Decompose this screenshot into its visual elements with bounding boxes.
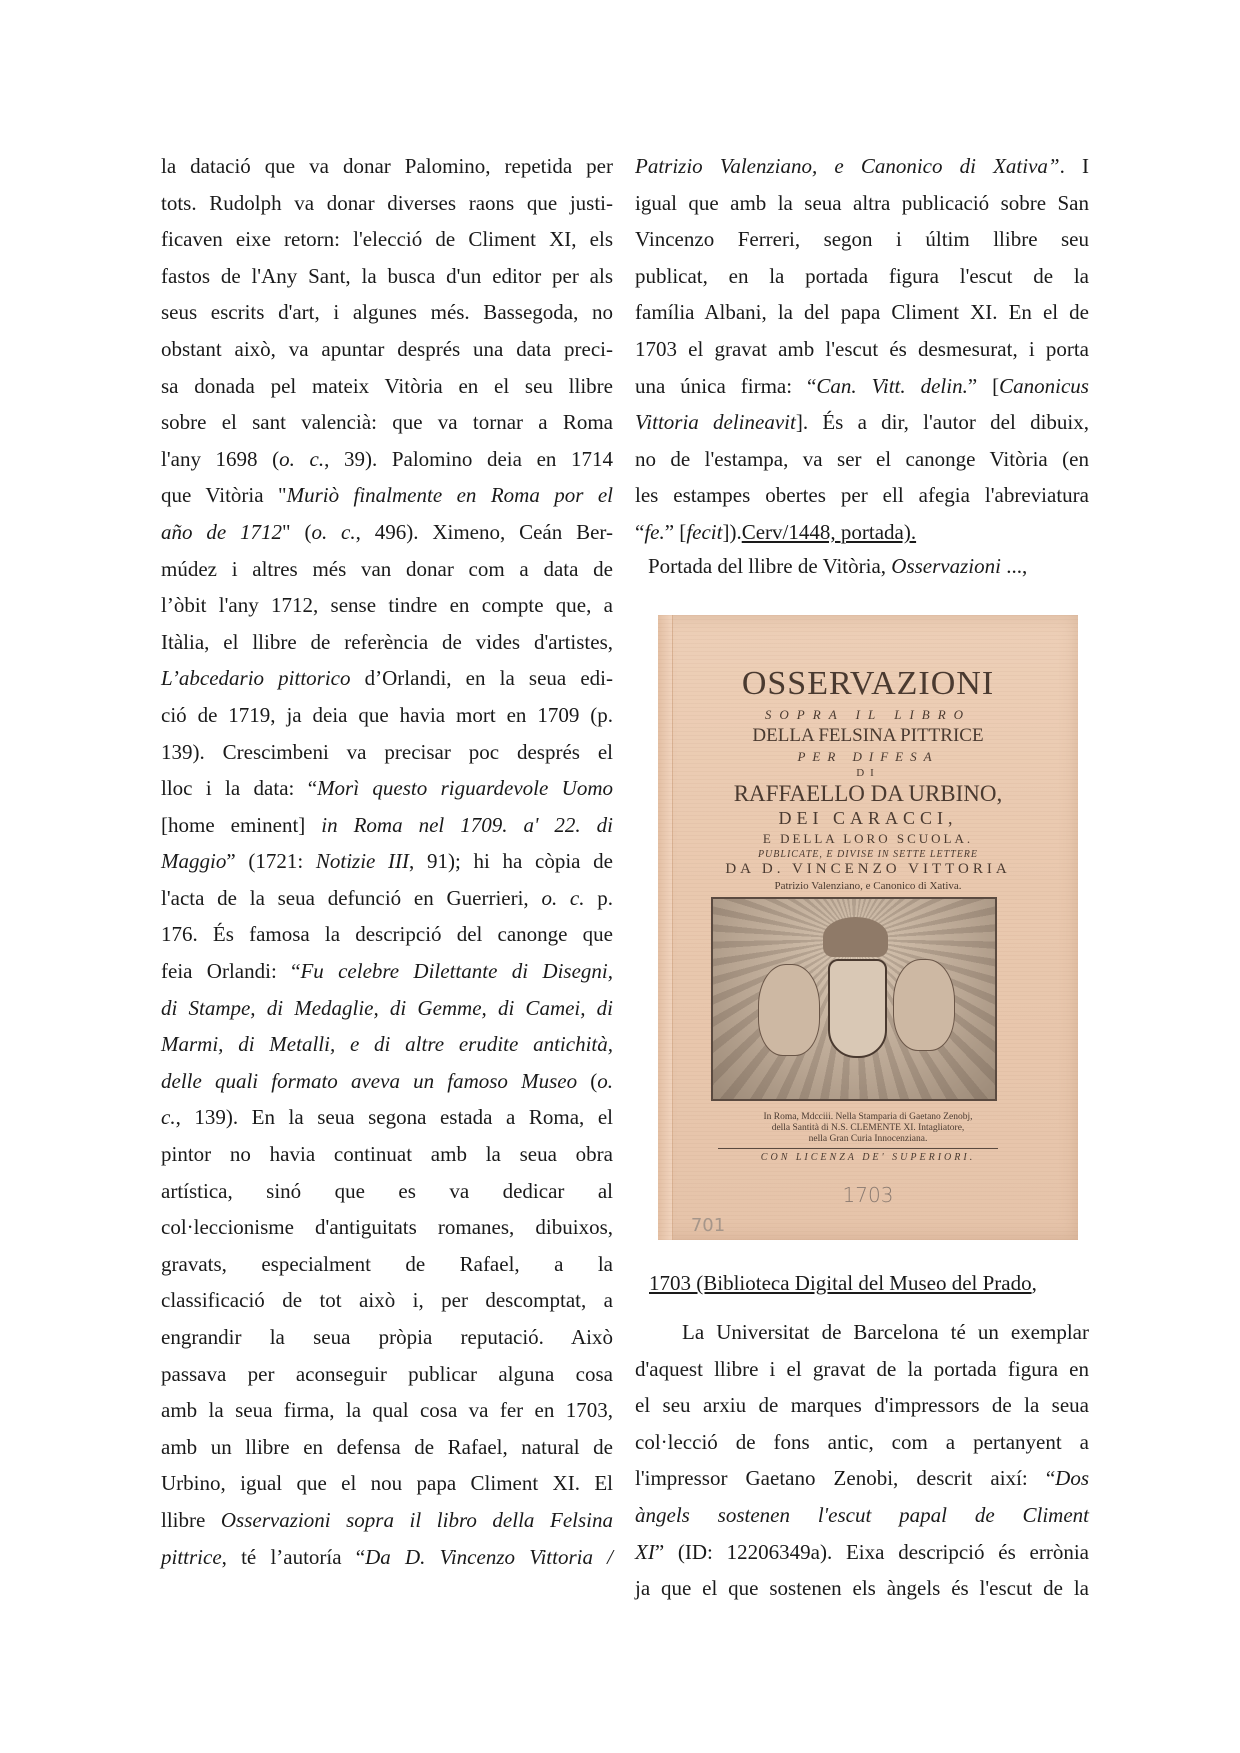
caption-bottom-link[interactable]: 1703 (Biblioteca Digital del Museo del P… — [649, 1271, 1032, 1295]
text-line: 139). Crescimbeni va precisar poc despré… — [161, 734, 613, 771]
text-run: di Stampe, di Medaglie, di Gemme, di Cam… — [161, 996, 613, 1020]
text-line: L’abcedario pittorico d’Orlandi, en la s… — [161, 660, 613, 697]
text-line: l'impressor Gaetano Zenobi, descrit així… — [635, 1460, 1089, 1497]
text-run: o. c. — [541, 886, 584, 910]
text-line: c., 139). En la seua segona estada a Rom… — [161, 1099, 613, 1136]
text-run: classificació de tot això i, per descomp… — [161, 1288, 613, 1312]
text-run: Da D. Vincenzo Vittoria / — [365, 1545, 613, 1569]
shield-icon — [828, 959, 887, 1058]
text-run: ]. És a dir, l'autor del dibuix, — [796, 410, 1089, 434]
text-line: Vincenzo Ferreri, segon i últim llibre s… — [635, 221, 1089, 258]
text-run: àngels sostenen l'escut papal de Climent — [635, 1503, 1089, 1527]
text-run: [home eminent] — [161, 813, 321, 837]
text-line: fastos de l'Any Sant, la busca d'un edit… — [161, 258, 613, 295]
text-line: passava per aconseguir publicar alguna c… — [161, 1356, 613, 1393]
text-line: la datació que va donar Palomino, repeti… — [161, 148, 613, 185]
text-line: Itàlia, el llibre de referència de vides… — [161, 624, 613, 661]
caption-top-italic: Osservazioni — [891, 554, 1001, 578]
text-run: gravats, especialment de Rafael, a la — [161, 1252, 613, 1276]
text-run: La Universitat de Barcelona té un exempl… — [682, 1320, 1089, 1344]
text-run: ” [ — [968, 374, 999, 398]
text-line: “fe.” [fecit]).Cerv/1448, portada). — [635, 514, 1089, 551]
text-line: sa donada pel mateix Vitòria en el seu l… — [161, 368, 613, 405]
text-line: col·leccionisme d'antiguitats romanes, d… — [161, 1209, 613, 1246]
cover-line2: SOPRA IL LIBRO — [658, 707, 1078, 723]
text-run: col·lecció de fons antic, com a pertanye… — [635, 1430, 1089, 1454]
text-line: ficaven eixe retorn: l'elecció de Climen… — [161, 221, 613, 258]
cover-divider — [718, 1148, 998, 1149]
text-run: , 139). En la seua segona estada a Roma,… — [176, 1105, 613, 1129]
text-line: delle quali formato aveva un famoso Muse… — [161, 1063, 613, 1100]
text-run: ció de 1719, ja deia que havia mort en 1… — [161, 703, 613, 727]
text-run: . I — [1060, 154, 1089, 178]
text-run: feia Orlandi: “ — [161, 959, 300, 983]
text-run: Muriò finalmente en Roma por el — [287, 483, 613, 507]
text-run: Dos — [1055, 1466, 1089, 1490]
text-run: " ( — [282, 520, 311, 544]
text-run: lloc i la data: “ — [161, 776, 317, 800]
text-line: l'acta de la seua defunció en Guerrieri,… — [161, 880, 613, 917]
text-line: 176. És famosa la descripció del canonge… — [161, 916, 613, 953]
text-run: ]). — [722, 520, 741, 544]
text-run: Vittoria delineavit — [635, 410, 796, 434]
text-run: l'acta de la seua defunció en Guerrieri, — [161, 886, 541, 910]
reference-link[interactable]: Cerv/1448, portada). — [742, 520, 916, 544]
text-run: amb un llibre en defensa de Rafael, natu… — [161, 1435, 613, 1459]
text-run: artística, sinó que es va dedicar al — [161, 1179, 613, 1203]
text-run: d’Orlandi, en la seua edi- — [351, 666, 613, 690]
text-run: Osservazioni sopra il libro della Felsin… — [221, 1508, 613, 1532]
cover-line4: PER DIFESA — [658, 749, 1078, 765]
text-run: la datació que va donar Palomino, repeti… — [161, 154, 613, 178]
text-run: Canonicus — [999, 374, 1089, 398]
text-run: , 496). Ximeno, Ceán Ber- — [356, 520, 613, 544]
cover-line9: PUBLICATE, E DIVISE IN SETTE LETTERE — [658, 849, 1078, 860]
handwritten-year: 1703 — [658, 1183, 1078, 1207]
text-line: no de l'estampa, va ser el canonge Vitòr… — [635, 441, 1089, 478]
text-line: d'aquest llibre i el gravat de la portad… — [635, 1351, 1089, 1388]
text-line: l'any 1698 (o. c., 39). Palomino deia en… — [161, 441, 613, 478]
text-run: pintor no havia continuat amb la seua ob… — [161, 1142, 613, 1166]
cover-license: CON LICENZA DE' SUPERIORI. — [658, 1152, 1078, 1163]
text-run: amb la seua firma, la qual cosa va fer e… — [161, 1398, 613, 1422]
text-line: ja que el que sostenen els àngels és l'e… — [635, 1570, 1089, 1607]
text-run: , 91); hi ha còpia de — [409, 849, 613, 873]
text-run: ” (ID: 12206349a). Eixa descripció és er… — [655, 1540, 1089, 1564]
text-line: una única firma: “Can. Vitt. delin.” [Ca… — [635, 368, 1089, 405]
text-line: amb un llibre en defensa de Rafael, natu… — [161, 1429, 613, 1466]
text-run: seus escrits d'art, i algunes més. Basse… — [161, 300, 613, 324]
text-run: XI — [635, 1540, 655, 1564]
text-run: , té l’autoría “ — [222, 1545, 365, 1569]
text-run: ficaven eixe retorn: l'elecció de Climen… — [161, 227, 613, 251]
text-line: tots. Rudolph va donar diverses raons qu… — [161, 185, 613, 222]
text-line: l’òbit l'any 1712, sense tindre en compt… — [161, 587, 613, 624]
text-run: fecit — [686, 520, 722, 544]
text-run: col·leccionisme d'antiguitats romanes, d… — [161, 1215, 613, 1239]
text-run: l'impressor Gaetano Zenobi, descrit així… — [635, 1466, 1055, 1490]
text-run: publicat, en la portada figura l'escut d… — [635, 264, 1089, 288]
text-line: engrandir la seua pròpia reputació. Això — [161, 1319, 613, 1356]
text-run: 139). Crescimbeni va precisar poc despré… — [161, 740, 613, 764]
text-run: Fu celebre Dilettante di Disegni, — [300, 959, 613, 983]
text-line: [home eminent] in Roma nel 1709. a' 22. … — [161, 807, 613, 844]
cover-title: OSSERVAZIONI — [658, 665, 1078, 703]
text-run: llibre — [161, 1508, 221, 1532]
book-cover-image: OSSERVAZIONI SOPRA IL LIBRO DELLA FELSIN… — [658, 615, 1078, 1240]
text-line: que Vitòria "Muriò finalmente en Roma po… — [161, 477, 613, 514]
text-line: les estampes obertes per ell afegia l'ab… — [635, 477, 1089, 514]
text-line: feia Orlandi: “Fu celebre Dilettante di … — [161, 953, 613, 990]
text-run: Can. Vitt. delin. — [816, 374, 967, 398]
left-column: la datació que va donar Palomino, repeti… — [161, 148, 613, 1575]
text-line: Vittoria delineavit]. És a dir, l'autor … — [635, 404, 1089, 441]
text-run: pittrice — [161, 1545, 222, 1569]
text-run: sa donada pel mateix Vitòria en el seu l… — [161, 374, 613, 398]
text-run: ja que el que sostenen els àngels és l'e… — [635, 1576, 1089, 1600]
coat-of-arms-engraving — [711, 897, 997, 1101]
cover-line5: DI — [658, 767, 1078, 779]
text-run: sobre el sant valencià: que va tornar a … — [161, 410, 613, 434]
text-run: o. c. — [279, 447, 324, 471]
text-run: no de l'estampa, va ser el canonge Vitòr… — [635, 447, 1089, 471]
text-line: el seu arxiu de marques d'impressors de … — [635, 1387, 1089, 1424]
right-column-continued: La Universitat de Barcelona té un exempl… — [635, 1314, 1089, 1607]
cover-imprint: In Roma, Mdcciii. Nella Stamparia di Gae… — [658, 1112, 1078, 1145]
text-line: obstant això, va apuntar després una dat… — [161, 331, 613, 368]
text-run: ” [ — [665, 520, 687, 544]
text-line: igual que amb la seua altra publicació s… — [635, 185, 1089, 222]
text-run: , 39). Palomino deia en 1714 — [324, 447, 613, 471]
text-run: in Roma nel 1709. a' 22. di — [321, 813, 613, 837]
text-run: múdez i altres més van donar com a data … — [161, 557, 613, 581]
text-run: Maggio — [161, 849, 226, 873]
text-line: artística, sinó que es va dedicar al — [161, 1173, 613, 1210]
text-run: delle quali formato aveva un famoso Muse… — [161, 1069, 577, 1093]
figure-caption-bottom: 1703 (Biblioteca Digital del Museo del P… — [649, 1265, 1037, 1301]
text-run: l’òbit l'any 1712, sense tindre en compt… — [161, 593, 613, 617]
cherub-right-icon — [893, 959, 955, 1051]
text-run: Itàlia, el llibre de referència de vides… — [161, 630, 613, 654]
text-run: p. — [585, 886, 614, 910]
text-line: Urbino, igual que el nou papa Climent XI… — [161, 1465, 613, 1502]
text-run: fastos de l'Any Sant, la busca d'un edit… — [161, 264, 613, 288]
text-line: publicat, en la portada figura l'escut d… — [635, 258, 1089, 295]
text-run: Notizie III — [316, 849, 409, 873]
text-run: c. — [161, 1105, 176, 1129]
text-line: lloc i la data: “Morì questo riguardevol… — [161, 770, 613, 807]
text-run: engrandir la seua pròpia reputació. Això — [161, 1325, 613, 1349]
text-run: 176. És famosa la descripció del canonge… — [161, 922, 613, 946]
caption-top-suffix: ..., — [1001, 554, 1027, 578]
text-line: XI” (ID: 12206349a). Eixa descripció és … — [635, 1534, 1089, 1571]
text-run: o. — [597, 1069, 613, 1093]
text-run: que Vitòria " — [161, 483, 287, 507]
text-run: Patrizio Valenziano, e Canonico di Xativ… — [635, 154, 1060, 178]
text-run: ” (1721: — [226, 849, 316, 873]
text-line: Maggio” (1721: Notizie III, 91); hi ha c… — [161, 843, 613, 880]
text-line: seus escrits d'art, i algunes més. Basse… — [161, 294, 613, 331]
text-run: L’abcedario pittorico — [161, 666, 351, 690]
text-run: una única firma: “ — [635, 374, 816, 398]
text-line: gravats, especialment de Rafael, a la — [161, 1246, 613, 1283]
text-run: o. c. — [311, 520, 355, 544]
cover-line6: RAFFAELLO DA URBINO, — [658, 781, 1078, 807]
figure-caption-top: Portada del llibre de Vitòria, Osservazi… — [648, 548, 1027, 584]
text-line: La Universitat de Barcelona té un exempl… — [635, 1314, 1089, 1351]
text-run: igual que amb la seua altra publicació s… — [635, 191, 1089, 215]
text-run: Morì questo riguardevole Uomo — [317, 776, 613, 800]
text-run: les estampes obertes per ell afegia l'ab… — [635, 483, 1089, 507]
text-line: sobre el sant valencià: que va tornar a … — [161, 404, 613, 441]
cover-line8: E DELLA LORO SCUOLA. — [658, 831, 1078, 847]
text-run: tots. Rudolph va donar diverses raons qu… — [161, 191, 613, 215]
caption-top-prefix: Portada del llibre de Vitòria, — [648, 554, 891, 578]
text-line: àngels sostenen l'escut papal de Climent — [635, 1497, 1089, 1534]
text-run: obstant això, va apuntar després una dat… — [161, 337, 613, 361]
text-run: d'aquest llibre i el gravat de la portad… — [635, 1357, 1089, 1381]
text-line: família Albani, la del papa Climent XI. … — [635, 294, 1089, 331]
text-line: Marmi, di Metalli, e di altre erudite an… — [161, 1026, 613, 1063]
text-line: amb la seua firma, la qual cosa va fer e… — [161, 1392, 613, 1429]
text-run: fe. — [644, 520, 664, 544]
text-line: múdez i altres més van donar com a data … — [161, 551, 613, 588]
text-line: 1703 el gravat amb l'escut és desmesurat… — [635, 331, 1089, 368]
crown-icon — [823, 917, 888, 957]
text-run: año de 1712 — [161, 520, 282, 544]
text-line: Patrizio Valenziano, e Canonico di Xativ… — [635, 148, 1089, 185]
text-line: año de 1712" (o. c., 496). Ximeno, Ceán … — [161, 514, 613, 551]
text-run: “ — [635, 520, 644, 544]
text-run: família Albani, la del papa Climent XI. … — [635, 300, 1089, 324]
text-run: 1703 el gravat amb l'escut és desmesurat… — [635, 337, 1089, 361]
text-line: col·lecció de fons antic, com a pertanye… — [635, 1424, 1089, 1461]
text-line: di Stampe, di Medaglie, di Gemme, di Cam… — [161, 990, 613, 1027]
text-line: pittrice, té l’autoría “Da D. Vincenzo V… — [161, 1539, 613, 1576]
text-run: passava per aconseguir publicar alguna c… — [161, 1362, 613, 1386]
cover-line3: DELLA FELSINA PITTRICE — [658, 725, 1078, 747]
text-line: llibre Osservazioni sopra il libro della… — [161, 1502, 613, 1539]
text-line: pintor no havia continuat amb la seua ob… — [161, 1136, 613, 1173]
text-line: classificació de tot això i, per descomp… — [161, 1282, 613, 1319]
cover-line7: DEI CARACCI, — [658, 808, 1078, 829]
text-run: Vincenzo Ferreri, segon i últim llibre s… — [635, 227, 1089, 251]
text-run: Urbino, igual que el nou papa Climent XI… — [161, 1471, 613, 1495]
cover-line10: DA D. VINCENZO VITTORIA — [658, 861, 1078, 878]
handwritten-mark: 701 — [678, 1215, 738, 1236]
text-run: ( — [577, 1069, 597, 1093]
text-run: Marmi, di Metalli, e di altre erudite an… — [161, 1032, 613, 1056]
right-column: Patrizio Valenziano, e Canonico di Xativ… — [635, 148, 1089, 551]
cherub-left-icon — [758, 964, 820, 1056]
text-run: l'any 1698 ( — [161, 447, 279, 471]
text-run: el seu arxiu de marques d'impressors de … — [635, 1393, 1089, 1417]
text-line: ció de 1719, ja deia que havia mort en 1… — [161, 697, 613, 734]
cover-line11: Patrizio Valenziano, e Canonico di Xativ… — [658, 880, 1078, 892]
